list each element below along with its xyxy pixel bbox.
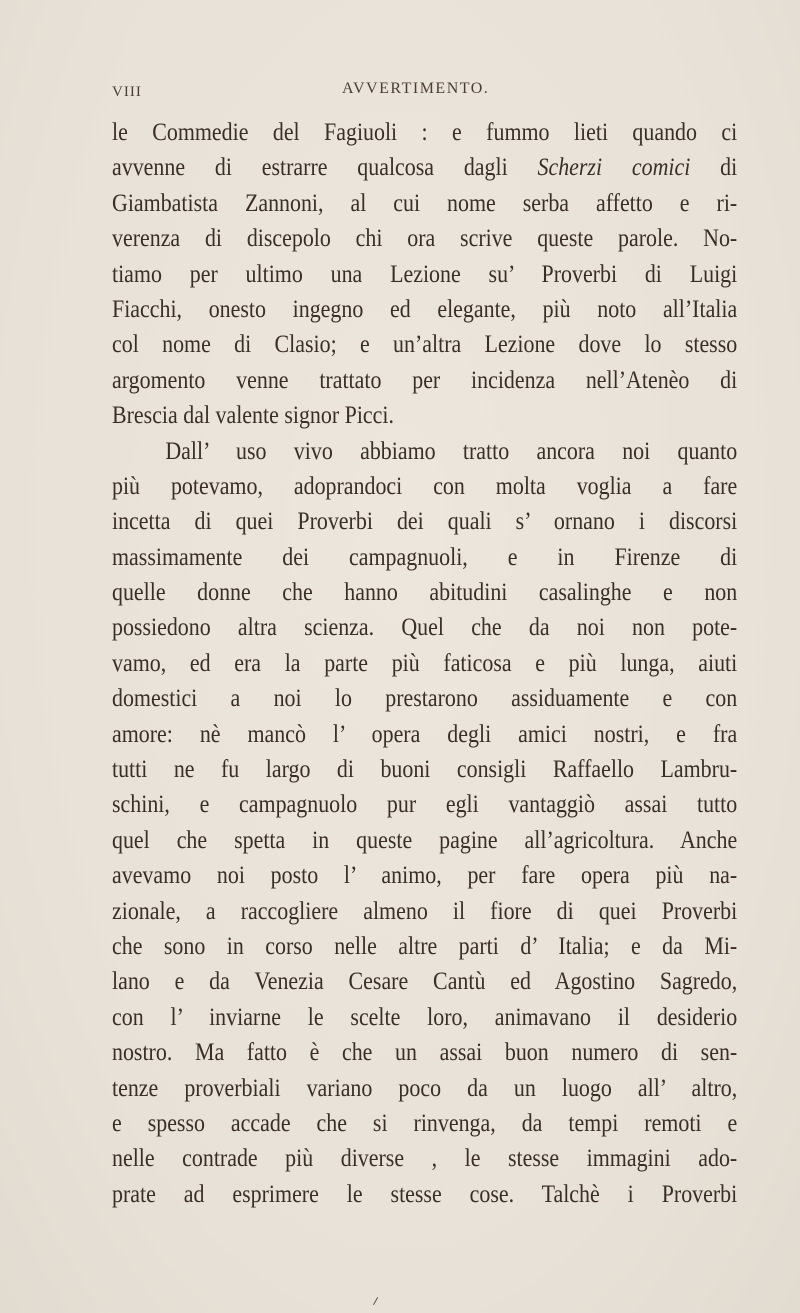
running-head: VIII AVVERTIMENTO. (112, 78, 737, 108)
text-line: verenza di discepolo chi ora scrive ques… (112, 220, 737, 255)
text-line: lano e da Venezia Cesare Cantù ed Agosti… (112, 963, 737, 998)
text-line: domestici a noi lo prestarono assiduamen… (112, 680, 737, 715)
text-line: più potevamo, adoprandoci con molta vogl… (112, 468, 737, 503)
text-line: tenze proverbiali variano poco da un luo… (112, 1070, 737, 1105)
text-line: Fiacchi, onesto ingegno ed elegante, più… (112, 291, 737, 326)
book-page: VIII AVVERTIMENTO. le Commedie del Fagiu… (112, 78, 737, 1211)
text-line: e spesso accade che si rinvenga, da temp… (112, 1105, 737, 1140)
text-line: Giambatista Zannoni, al cui nome serba a… (112, 185, 737, 220)
text-line: prate ad esprimere le stesse cose. Talch… (112, 1176, 737, 1211)
pencil-mark: ⸝ (367, 1284, 382, 1310)
text-line: quel che spetta in queste pagine all’agr… (112, 822, 737, 857)
text-line: Brescia dal valente signor Picci. (112, 397, 737, 432)
text-line: tutti ne fu largo di buoni consigli Raff… (112, 751, 737, 786)
text-line: tiamo per ultimo una Lezione su’ Proverb… (112, 256, 737, 291)
text-line: amore: nè mancò l’ opera degli amici nos… (112, 716, 737, 751)
text-line: nelle contrade più diverse , le stesse i… (112, 1140, 737, 1175)
text-run: di (690, 152, 737, 181)
text-line: avvenne di estrarre qualcosa dagli Scher… (112, 149, 737, 184)
page-number: VIII (112, 84, 142, 101)
text-run: avvenne di estrarre qualcosa dagli (112, 152, 537, 181)
text-line: zionale, a raccogliere almeno il fiore d… (112, 893, 737, 928)
text-line: avevamo noi posto l’ animo, per fare ope… (112, 857, 737, 892)
text-line: argomento venne trattato per incidenza n… (112, 362, 737, 397)
text-line: vamo, ed era la parte più faticosa e più… (112, 645, 737, 680)
text-line: massimamente dei campagnuoli, e in Firen… (112, 539, 737, 574)
text-line: con l’ inviarne le scelte loro, animavan… (112, 999, 737, 1034)
paragraph-first-line: Dall’ uso vivo abbiamo tratto ancora noi… (112, 433, 737, 468)
text-line: che sono in corso nelle altre parti d’ I… (112, 928, 737, 963)
text-line: possiedono altra scienza. Quel che da no… (112, 609, 737, 644)
italic-title: Scherzi comici (537, 152, 690, 181)
text-line: nostro. Ma fatto è che un assai buon num… (112, 1034, 737, 1069)
text-line: quelle donne che hanno abitudini casalin… (112, 574, 737, 609)
text-line: incetta di quei Proverbi dei quali s’ or… (112, 503, 737, 538)
text-line: le Commedie del Fagiuoli : e fummo lieti… (112, 114, 737, 149)
body-text: le Commedie del Fagiuoli : e fummo lieti… (112, 114, 737, 1211)
text-line: col nome di Clasio; e un’altra Lezione d… (112, 326, 737, 361)
text-line: schini, e campagnuolo pur egli vantaggiò… (112, 786, 737, 821)
running-head-title: AVVERTIMENTO. (342, 80, 489, 98)
